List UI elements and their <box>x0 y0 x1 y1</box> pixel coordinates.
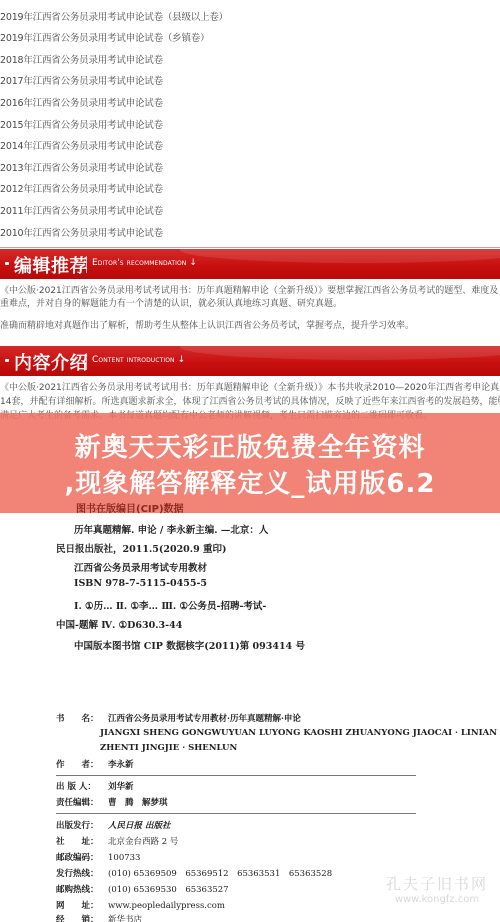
content-introduction-banner: 内容介绍 Content introduction ↓ <box>0 346 500 376</box>
distributor-row: 出版发行：人民日报 出版社 <box>56 819 170 831</box>
section-title-cn: 内容介绍 <box>14 349 88 375</box>
list-item: 2019年江西省公务员录用考试申论试卷（乡镇卷） <box>0 30 209 44</box>
divider <box>56 813 416 814</box>
mail-order-row: 邮购热线：(010) 65369530 65363527 <box>56 883 229 895</box>
website-value: www.peopledailypress.com <box>108 901 225 911</box>
author-value: 李永新 <box>108 760 134 770</box>
divider <box>0 247 500 248</box>
cip-line: 民日报出版社，2011.5(2020.9 重印) <box>56 541 227 555</box>
publisher-person-row: 出 版 人：刘华新 <box>56 780 134 792</box>
sales-hotline-value: (010) 65369509 65369512 65363531 6536352… <box>108 869 332 879</box>
editor-row: 责任编辑：曹 腾 解梦琪 <box>56 796 168 808</box>
title-separator <box>86 353 87 370</box>
list-item: 2010年江西省公务员录用考试申论试卷 <box>0 225 163 239</box>
distributor-value: 人民日报 出版社 <box>108 821 170 831</box>
list-item: 2017年江西省公务员录用考试申论试卷 <box>0 73 163 87</box>
book-title-pinyin: JIANGXI SHENG GONGWUYUAN LUYONG KAOSHI Z… <box>100 728 497 738</box>
watermark-url: www.kongfz.com <box>386 894 488 905</box>
retailer-value: 新华书店 <box>108 915 142 922</box>
list-item: 2011年江西省公务员录用考试申论试卷 <box>0 203 163 217</box>
cip-title: 图书在版编目(CIP)数据 <box>76 500 184 515</box>
editor-value: 曹 腾 解梦琪 <box>108 798 168 808</box>
editor-recommendation-line: 《中公版·2021江西省公务员录用考试考试用书：历年真题精解申论（全新升级）》要… <box>0 285 500 298</box>
watermark-text: 孔夫子旧书网 <box>386 873 488 894</box>
content-introduction-line: 14套，并配有详细解析。所选真题求新求全，体现了江西省公务员考试的具体情况，反映… <box>0 396 500 409</box>
editor-recommendation-line: 准确而精辟地对真题作出了解析，帮助考生从整体上认识江西省公务员考试，掌握考点，提… <box>0 320 500 333</box>
distributor-label: 出版发行： <box>56 819 108 831</box>
bullet-icon <box>5 262 9 265</box>
sales-hotline-label: 发行热线： <box>56 867 108 879</box>
book-title-pinyin: ZHENTI JINGJIE · SHENLUN <box>100 743 237 753</box>
postcode-row: 邮政编码：100733 <box>56 851 140 863</box>
author-label: 作 者： <box>56 758 108 770</box>
mail-order-value: (010) 65369530 65363527 <box>108 885 229 895</box>
retailer-row: 经 销：新华书店 <box>56 913 142 922</box>
bullet-icon <box>5 359 9 362</box>
cip-line: 中国-题解 Ⅳ. ①D630.3-44 <box>56 617 182 631</box>
content-introduction-line: 《中公版·2021江西省公务员录用考试考试用书：历年真题精解申论（全新升级）》本… <box>0 382 500 395</box>
editor-label: 责任编辑： <box>56 796 108 808</box>
list-item: 2013年江西省公务员录用考试申论试卷 <box>0 160 163 174</box>
cip-line: Ⅰ. ①历… Ⅱ. ①李… Ⅲ. ①公务员-招聘-考试- <box>74 598 266 612</box>
address-label: 社 址： <box>56 835 108 847</box>
website-label: 网 址： <box>56 899 108 911</box>
list-item: 2014年江西省公务员录用考试申论试卷 <box>0 138 163 152</box>
list-item: 2019年江西省公务员录用考试申论试卷（县级以上卷） <box>0 9 228 23</box>
publisher-person-label: 出 版 人： <box>56 780 108 792</box>
list-item: 2012年江西省公务员录用考试申论试卷 <box>0 181 163 195</box>
book-title-row: 书 名：江西省公务员录用考试专用教材·历年真题精解·申论 <box>56 712 301 724</box>
address-row: 社 址：北京金台西路 2 号 <box>56 835 178 847</box>
author-row: 作 者：李永新 <box>56 758 134 770</box>
editor-recommendation-banner: 编辑推荐 Editor's recommendation ↓ <box>0 249 500 279</box>
sales-hotline-row: 发行热线：(010) 65369509 65369512 65363531 65… <box>56 867 332 879</box>
postcode-label: 邮政编码： <box>56 851 108 863</box>
list-item: 2016年江西省公务员录用考试申论试卷 <box>0 95 163 109</box>
mail-order-label: 邮购热线： <box>56 883 108 895</box>
headline-line-1: 新奥天天彩正版免费全年资料 <box>0 427 500 464</box>
cip-line: 中国版本图书馆 CIP 数据核字(2011)第 093414 号 <box>74 638 305 652</box>
section-title-en: Editor's recommendation ↓ <box>92 258 197 268</box>
title-separator <box>86 256 87 273</box>
website-row: 网 址：www.peopledailypress.com <box>56 899 225 911</box>
address-value: 北京金台西路 2 号 <box>108 837 178 847</box>
divider <box>56 775 416 776</box>
section-title-en: Content introduction ↓ <box>92 355 185 365</box>
watermark: 孔夫子旧书网 www.kongfz.com <box>386 873 488 905</box>
headline-line-2: ,现象解答解释定义_试用版6.2 <box>0 463 500 500</box>
cip-line: 历年真题精解. 申论 / 李永新主编. —北京：人 <box>74 522 268 536</box>
book-title-label: 书 名： <box>56 712 108 724</box>
postcode-value: 100733 <box>108 853 140 863</box>
editor-recommendation-line: 重难点，并对自身的解题能力有一个清楚的认识，就必须认真地练习真题、研究真题。 <box>0 298 500 311</box>
headline-overlay: 新奥天天彩正版免费全年资料 ,现象解答解释定义_试用版6.2 <box>0 413 500 513</box>
book-title-value: 江西省公务员录用考试专用教材·历年真题精解·申论 <box>108 714 301 724</box>
cip-line: ISBN 978-7-5115-0455-5 <box>74 578 207 589</box>
list-item: 2015年江西省公务员录用考试申论试卷 <box>0 117 163 131</box>
publisher-person-value: 刘华新 <box>108 782 134 792</box>
cip-line: 江西省公务员录用考试专用教材 <box>74 560 207 574</box>
retailer-label: 经 销： <box>56 913 108 922</box>
section-title-cn: 编辑推荐 <box>14 252 88 278</box>
list-item: 2018年江西省公务员录用考试申论试卷 <box>0 52 163 66</box>
